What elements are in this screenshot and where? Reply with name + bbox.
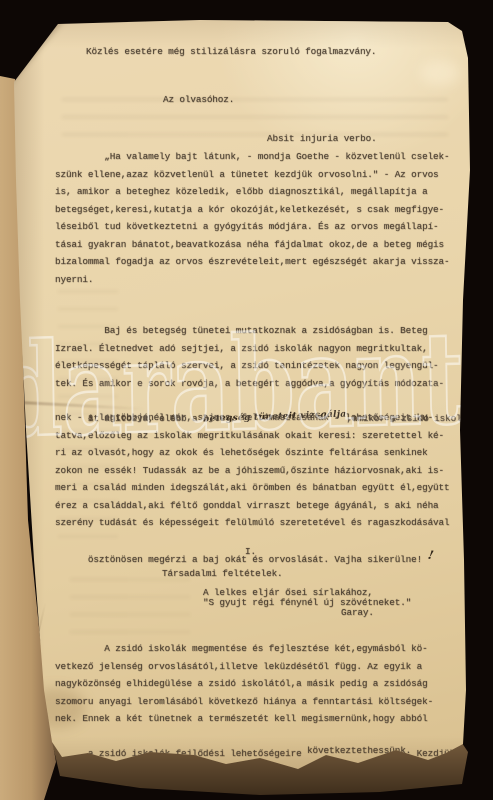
verse-quote: A lelkes eljár ősei sírlakához,"S gyujt …	[203, 588, 411, 609]
typed-line: tek. És amikor e sorok rovója, a betegér…	[55, 375, 444, 393]
paragraph-1: „Ha valamely bajt látunk, - mondja Goeth…	[55, 148, 450, 288]
ink-bleedthrough	[62, 98, 448, 150]
typed-line: érez a családdal,aki féltő gonddal virra…	[55, 497, 450, 515]
typed-line: nek - a legtöbbjénél már, sajnos, feltám…	[55, 409, 450, 427]
typed-line: szerény tudását és képességeit felülmúló…	[55, 514, 450, 532]
corner-fold-shadow	[4, 8, 72, 86]
paragraph-2-start: Baj és betegség tünetei mutatkoznak a zs…	[55, 322, 444, 392]
typed-line: „Ha valamely bajt látunk, - mondja Goeth…	[55, 148, 450, 166]
handwritten-exclamation: !	[426, 546, 435, 564]
typed-line: tásai gyakran bánatot,beavatkozása néha …	[55, 236, 450, 254]
photo-background: Közlés esetére még stilizálásra szoruló …	[0, 0, 493, 800]
typed-line: ri az olvasót,hogy az okok és lehetősége…	[55, 444, 450, 462]
typed-line: meri a család minden idegszálát,aki öröm…	[55, 479, 450, 497]
draft-note: Közlés esetére még stilizálásra szoruló …	[86, 46, 376, 57]
typed-line: Izrael. Életnedvet adó sejtjei, a zsidó …	[55, 340, 444, 358]
document-page: Közlés esetére még stilizálásra szoruló …	[0, 0, 493, 800]
typed-line: vetkező jelenség orvoslásától,illetve le…	[55, 658, 433, 676]
section-title: Társadalmi feltételek.	[162, 568, 283, 579]
typed-line: nyerni.	[55, 271, 450, 289]
typed-line: léseiből tud következtetni a gyógyítás m…	[55, 218, 450, 236]
typed-line: nagyközönség elhidegülése a zsidó iskolá…	[55, 675, 433, 693]
typed-line: nek. Ennek a két tünetnek a természetét …	[55, 710, 433, 728]
paper-highlight	[420, 60, 460, 86]
paragraph-3-last-line: a zsidó iskolák fejlődési lehetőségeire …	[55, 727, 455, 745]
line-with-handwritten-insert: it áhítozva, elébb a betegség tüneteit v…	[55, 392, 493, 410]
paragraph-3: A zsidó iskolák megmentése és fejlesztés…	[55, 640, 433, 728]
typed-line: is, amikor a beteghez közeledik, előbb d…	[55, 183, 450, 201]
ink-bleedthrough	[70, 578, 190, 634]
section-number: I.	[245, 546, 256, 557]
latin-motto: Absit injuria verbo.	[267, 133, 377, 144]
typed-line: zokon ne essék! Tudassák az be a jóhisze…	[55, 462, 450, 480]
typed-line: A zsidó iskolák megmentése és fejlesztés…	[55, 640, 433, 658]
typed-line: tatva,előzőleg az iskolák megritkulásána…	[55, 427, 450, 445]
typed-line: "S gyujt régi fénynél új szövétneket."	[203, 598, 411, 608]
typed-line: szomoru anyagi leromlásából következő hi…	[55, 693, 433, 711]
document-title: Az olvasóhoz.	[163, 94, 234, 105]
typed-line: betegséget,keresi,kutatja a kór okozóját…	[55, 201, 450, 219]
typed-line: Baj és betegség tünetei mutatkoznak a zs…	[55, 322, 444, 340]
paragraph-2-rest: nek - a legtöbbjénél már, sajnos, feltám…	[55, 409, 450, 532]
typed-line: szünk ellene,azaz közvetlenül a tünetet …	[55, 166, 450, 184]
typed-line: életképességét tápláló szervei, a zsidó …	[55, 357, 444, 375]
quote-author: Garay.	[341, 607, 374, 618]
typed-line: bizalommal fogadja az orvos észrevételei…	[55, 253, 450, 271]
